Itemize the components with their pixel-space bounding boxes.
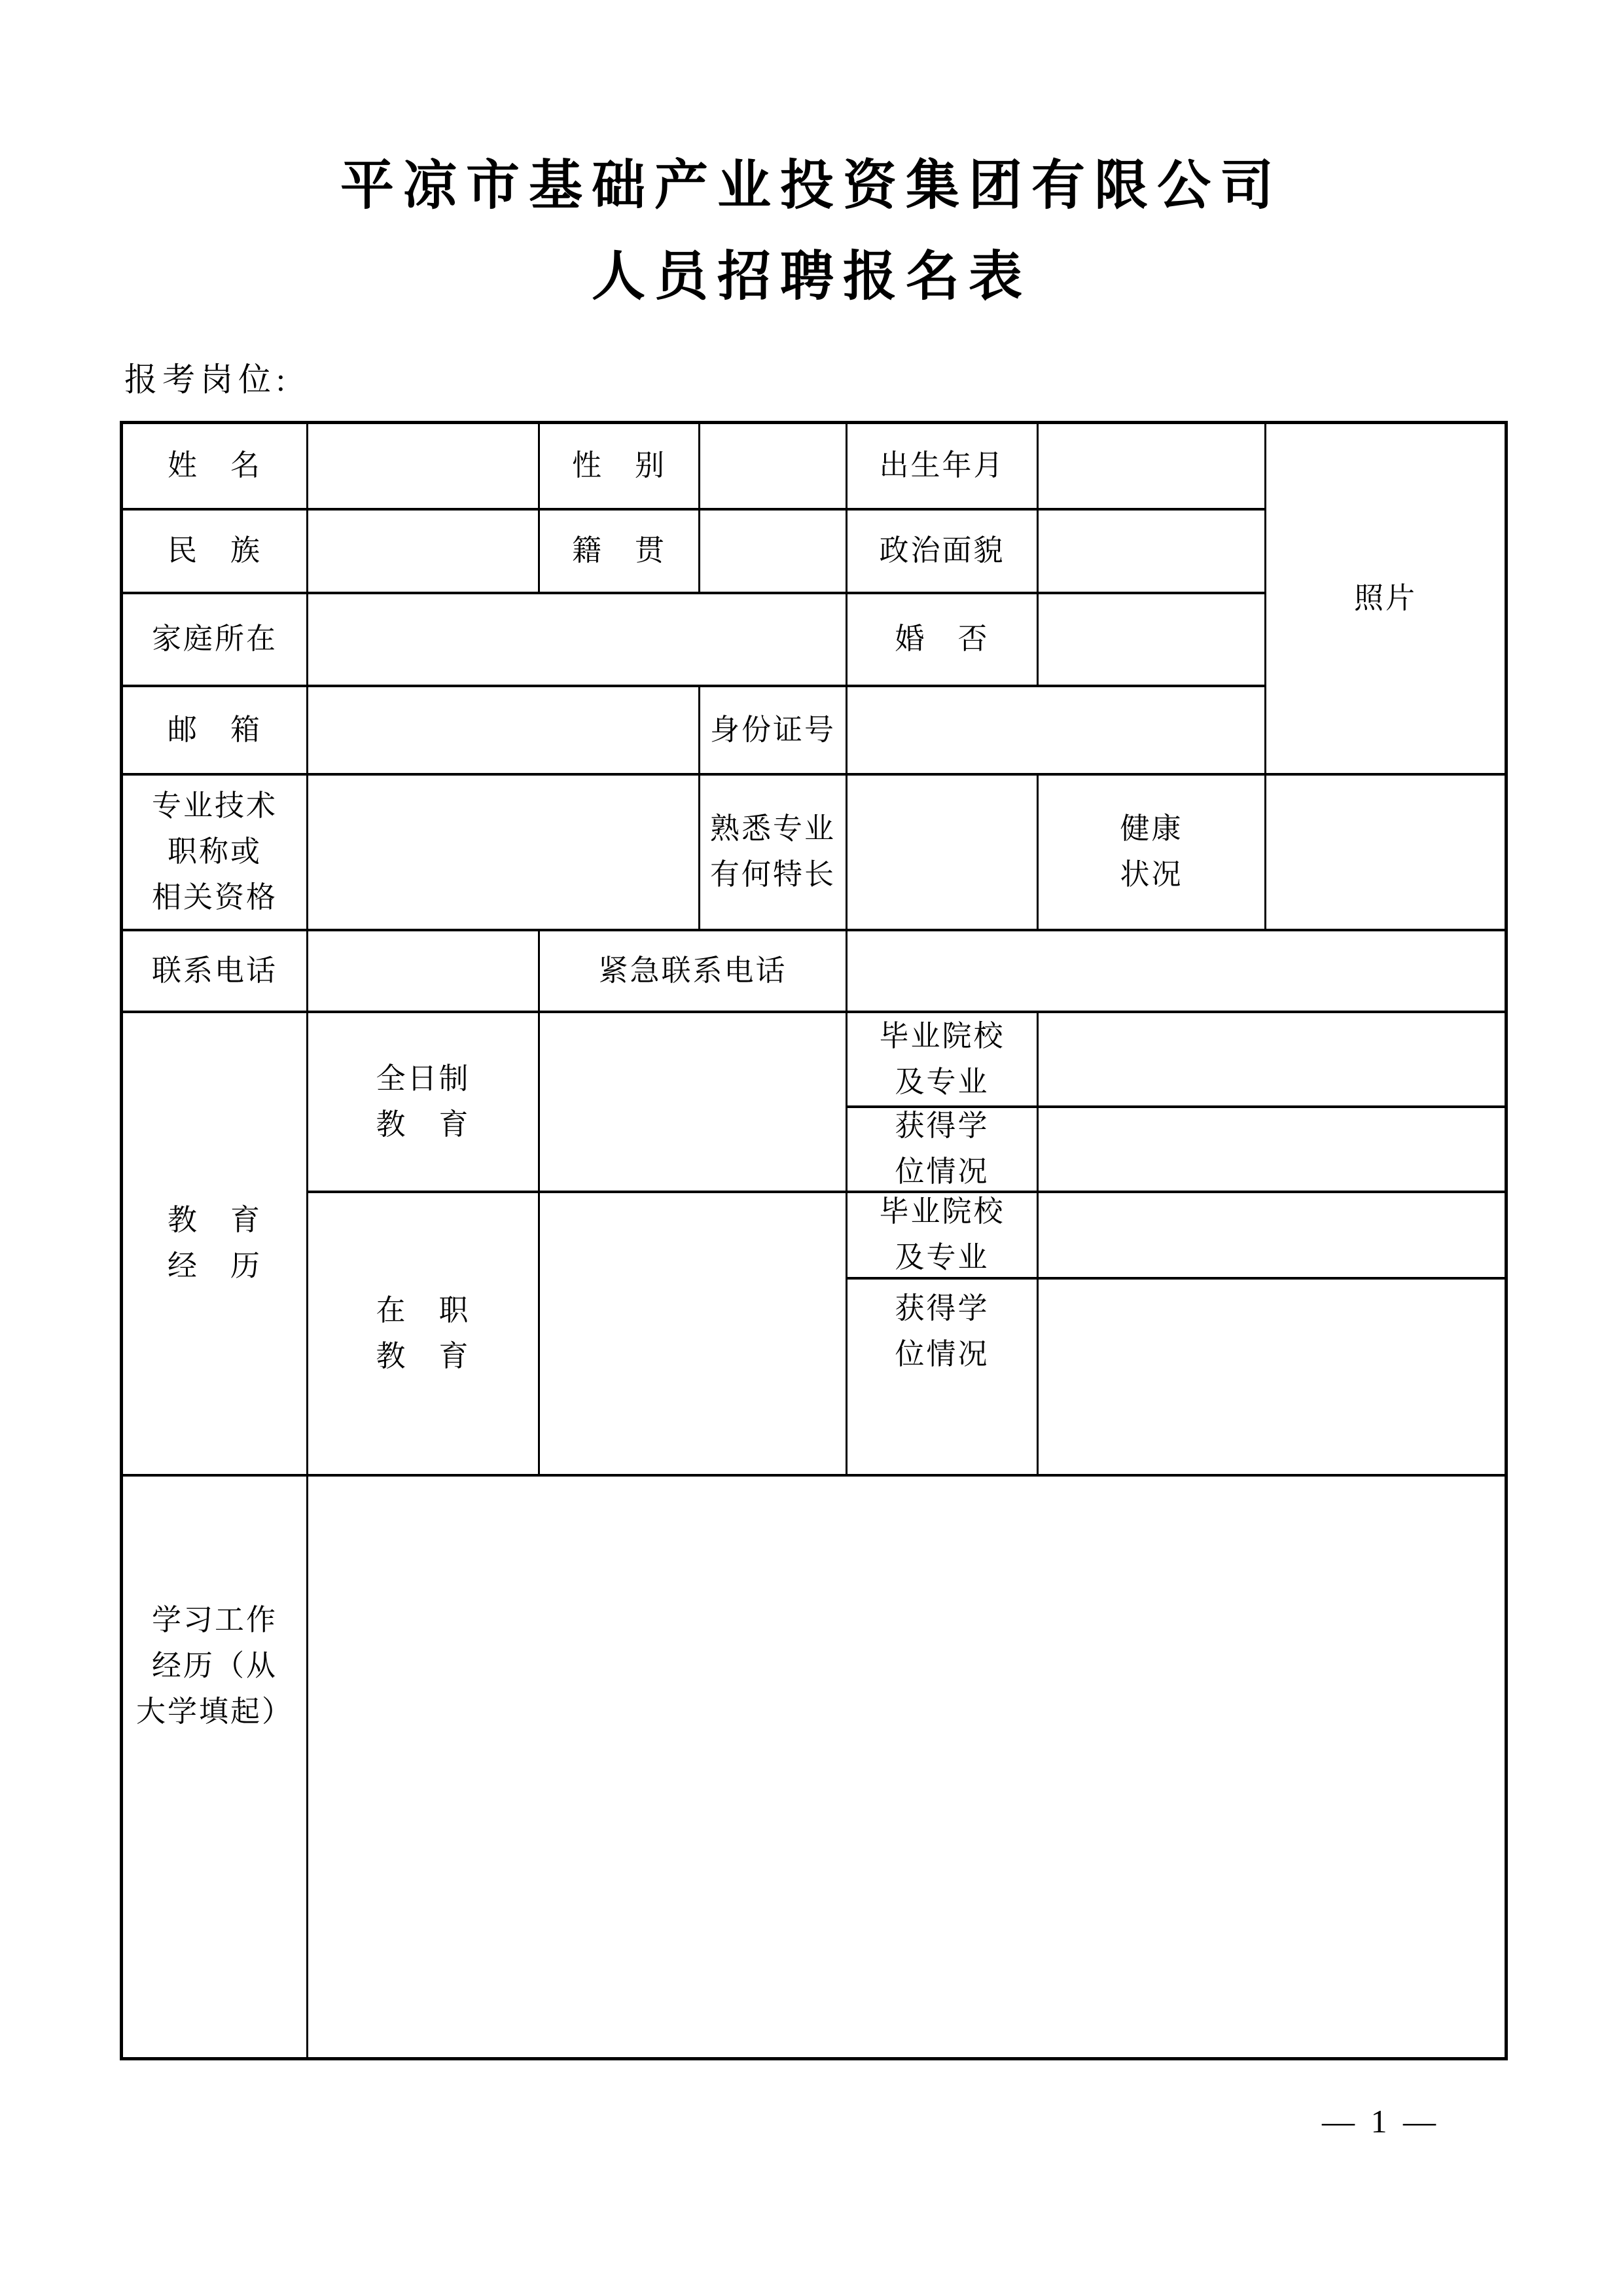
fulltime-degree-input-cell[interactable] xyxy=(1039,1108,1505,1193)
onjob-degree-label: 获得学 位情况 xyxy=(847,1280,1039,1477)
marital-status-label: 婚 否 xyxy=(847,594,1039,687)
gender-label: 性 别 xyxy=(540,424,700,511)
specialty-input-cell[interactable] xyxy=(847,776,1039,931)
fulltime-education-input-cell[interactable] xyxy=(540,1013,847,1193)
health-status-input-cell[interactable] xyxy=(1266,776,1505,931)
political-status-label: 政治面貌 xyxy=(847,511,1039,594)
fulltime-school-label: 毕业院校 及专业 xyxy=(847,1013,1039,1108)
email-label: 邮 箱 xyxy=(123,687,308,776)
study-work-history-label: 学习工作 经历（从 大学填起） xyxy=(123,1477,308,2057)
birth-date-input-cell[interactable] xyxy=(1039,424,1266,511)
phone-label: 联系电话 xyxy=(123,931,308,1013)
education-section-label: 教 育 经 历 xyxy=(123,1013,308,1477)
onjob-degree-input-cell[interactable] xyxy=(1039,1280,1505,1477)
health-status-label: 健康 状况 xyxy=(1039,776,1266,931)
title-line-2: 人员招聘报名表 xyxy=(0,231,1623,322)
ethnicity-label: 民 族 xyxy=(123,511,308,594)
fulltime-school-input-cell[interactable] xyxy=(1039,1013,1505,1108)
professional-title-label: 专业技术 职称或 相关资格 xyxy=(123,776,308,931)
page-number: — 1 — xyxy=(1322,2102,1440,2140)
title-line-1: 平凉市基础产业投资集团有限公司 xyxy=(0,140,1623,231)
birth-date-label: 出生年月 xyxy=(847,424,1039,511)
gender-input-cell[interactable] xyxy=(700,424,847,511)
name-input-cell[interactable] xyxy=(308,424,540,511)
native-place-label: 籍 贯 xyxy=(540,511,700,594)
id-number-input-cell[interactable] xyxy=(847,687,1266,776)
political-status-input-cell[interactable] xyxy=(1039,511,1266,594)
email-input-cell[interactable] xyxy=(308,687,700,776)
id-number-label: 身份证号 xyxy=(700,687,847,776)
emergency-phone-label: 紧急联系电话 xyxy=(540,931,847,1013)
professional-title-input-cell[interactable] xyxy=(308,776,700,931)
position-applied-label: 报考岗位: xyxy=(124,353,291,401)
name-label: 姓 名 xyxy=(123,424,308,511)
specialty-label: 熟悉专业 有何特长 xyxy=(700,776,847,931)
native-place-input-cell[interactable] xyxy=(700,511,847,594)
table-grid: 姓 名 性 别 出生年月 照片 民 族 籍 贯 政治面貌 家庭所在 婚 否 邮 … xyxy=(123,424,1505,2057)
study-work-history-input-cell[interactable] xyxy=(308,1477,1505,2057)
marital-status-input-cell[interactable] xyxy=(1039,594,1266,687)
phone-input-cell[interactable] xyxy=(308,931,540,1013)
family-location-input-cell[interactable] xyxy=(308,594,847,687)
onjob-school-input-cell[interactable] xyxy=(1039,1193,1505,1280)
emergency-phone-input-cell[interactable] xyxy=(847,931,1505,1013)
application-form-table: 姓 名 性 别 出生年月 照片 民 族 籍 贯 政治面貌 家庭所在 婚 否 邮 … xyxy=(120,421,1508,2060)
fulltime-degree-label: 获得学 位情况 xyxy=(847,1108,1039,1193)
onjob-education-label: 在 职 教 育 xyxy=(308,1193,540,1477)
document-page: 平凉市基础产业投资集团有限公司 人员招聘报名表 报考岗位: 姓 名 性 别 出生… xyxy=(0,0,1623,2296)
fulltime-education-label: 全日制 教 育 xyxy=(308,1013,540,1193)
onjob-education-input-cell[interactable] xyxy=(540,1193,847,1477)
onjob-school-label: 毕业院校 及专业 xyxy=(847,1193,1039,1280)
ethnicity-input-cell[interactable] xyxy=(308,511,540,594)
document-title: 平凉市基础产业投资集团有限公司 人员招聘报名表 xyxy=(0,140,1623,322)
photo-cell[interactable]: 照片 xyxy=(1266,424,1505,776)
family-location-label: 家庭所在 xyxy=(123,594,308,687)
